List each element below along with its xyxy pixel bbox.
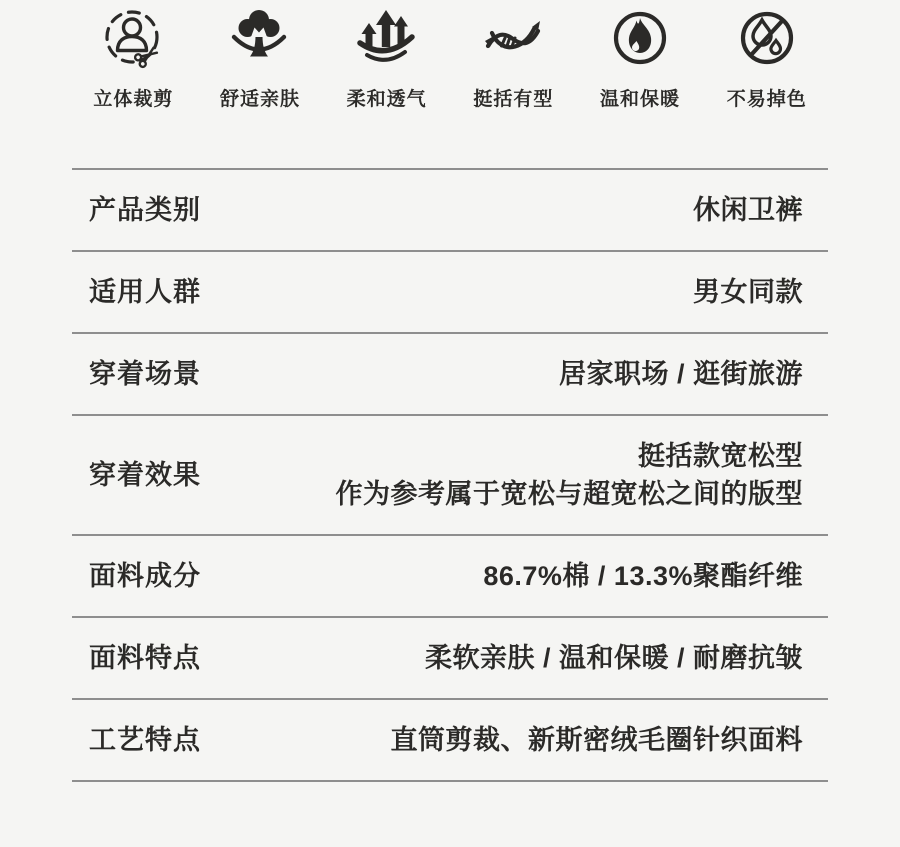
table-row-product-category: 产品类别 休闲卫裤 bbox=[72, 168, 828, 250]
row-value: 男女同款 bbox=[693, 273, 828, 311]
table-row-fabric-composition: 面料成分 86.7%棉 / 13.3%聚酯纤维 bbox=[72, 534, 828, 616]
row-label: 穿着效果 bbox=[72, 456, 201, 494]
row-value: 86.7%棉 / 13.3%聚酯纤维 bbox=[483, 557, 828, 595]
row-value: 居家职场 / 逛街旅游 bbox=[559, 355, 828, 393]
table-row-wear-effect: 穿着效果 挺括款宽松型 作为参考属于宽松与超宽松之间的版型 bbox=[72, 414, 828, 534]
person-scissors-icon bbox=[101, 6, 165, 70]
spec-table: 产品类别 休闲卫裤 适用人群 男女同款 穿着场景 居家职场 / 逛街旅游 穿着效… bbox=[72, 168, 828, 782]
table-row-target-users: 适用人群 男女同款 bbox=[72, 250, 828, 332]
feature-label: 舒适亲肤 bbox=[220, 84, 300, 111]
flame-icon bbox=[608, 6, 672, 70]
feature-item-shape: 挺括有型 bbox=[450, 6, 577, 111]
feature-item-comfort: 舒适亲肤 bbox=[197, 6, 324, 111]
row-label: 工艺特点 bbox=[72, 721, 201, 759]
feature-item-colorfast: 不易掉色 bbox=[703, 6, 830, 111]
feature-label: 不易掉色 bbox=[727, 84, 807, 111]
fishbone-icon bbox=[481, 6, 545, 70]
breathability-arrows-icon bbox=[355, 6, 419, 70]
row-label: 适用人群 bbox=[72, 273, 201, 311]
row-label: 穿着场景 bbox=[72, 355, 201, 393]
row-value: 直筒剪裁、新斯密绒毛圈针织面料 bbox=[391, 721, 829, 759]
table-row-wear-scenario: 穿着场景 居家职场 / 逛街旅游 bbox=[72, 332, 828, 414]
feature-icons-row: 立体裁剪 舒适亲肤 bbox=[70, 0, 830, 111]
feature-label: 柔和透气 bbox=[347, 84, 427, 111]
row-label: 产品类别 bbox=[72, 191, 201, 229]
cotton-icon bbox=[228, 6, 292, 70]
table-row-fabric-features: 面料特点 柔软亲肤 / 温和保暖 / 耐磨抗皱 bbox=[72, 616, 828, 698]
feature-item-breathable: 柔和透气 bbox=[323, 6, 450, 111]
row-label: 面料成分 bbox=[72, 557, 201, 595]
feature-item-warmth: 温和保暖 bbox=[577, 6, 704, 111]
feature-label: 挺括有型 bbox=[473, 84, 553, 111]
row-value: 柔软亲肤 / 温和保暖 / 耐磨抗皱 bbox=[425, 639, 828, 677]
feature-label: 立体裁剪 bbox=[93, 84, 173, 111]
feature-item-tailoring: 立体裁剪 bbox=[70, 6, 197, 111]
feature-label: 温和保暖 bbox=[600, 84, 680, 111]
row-value: 挺括款宽松型 作为参考属于宽松与超宽松之间的版型 bbox=[336, 437, 829, 513]
row-label: 面料特点 bbox=[72, 639, 201, 677]
no-fade-drops-icon bbox=[735, 6, 799, 70]
table-row-craft-features: 工艺特点 直筒剪裁、新斯密绒毛圈针织面料 bbox=[72, 698, 828, 780]
row-value: 休闲卫裤 bbox=[693, 191, 828, 229]
